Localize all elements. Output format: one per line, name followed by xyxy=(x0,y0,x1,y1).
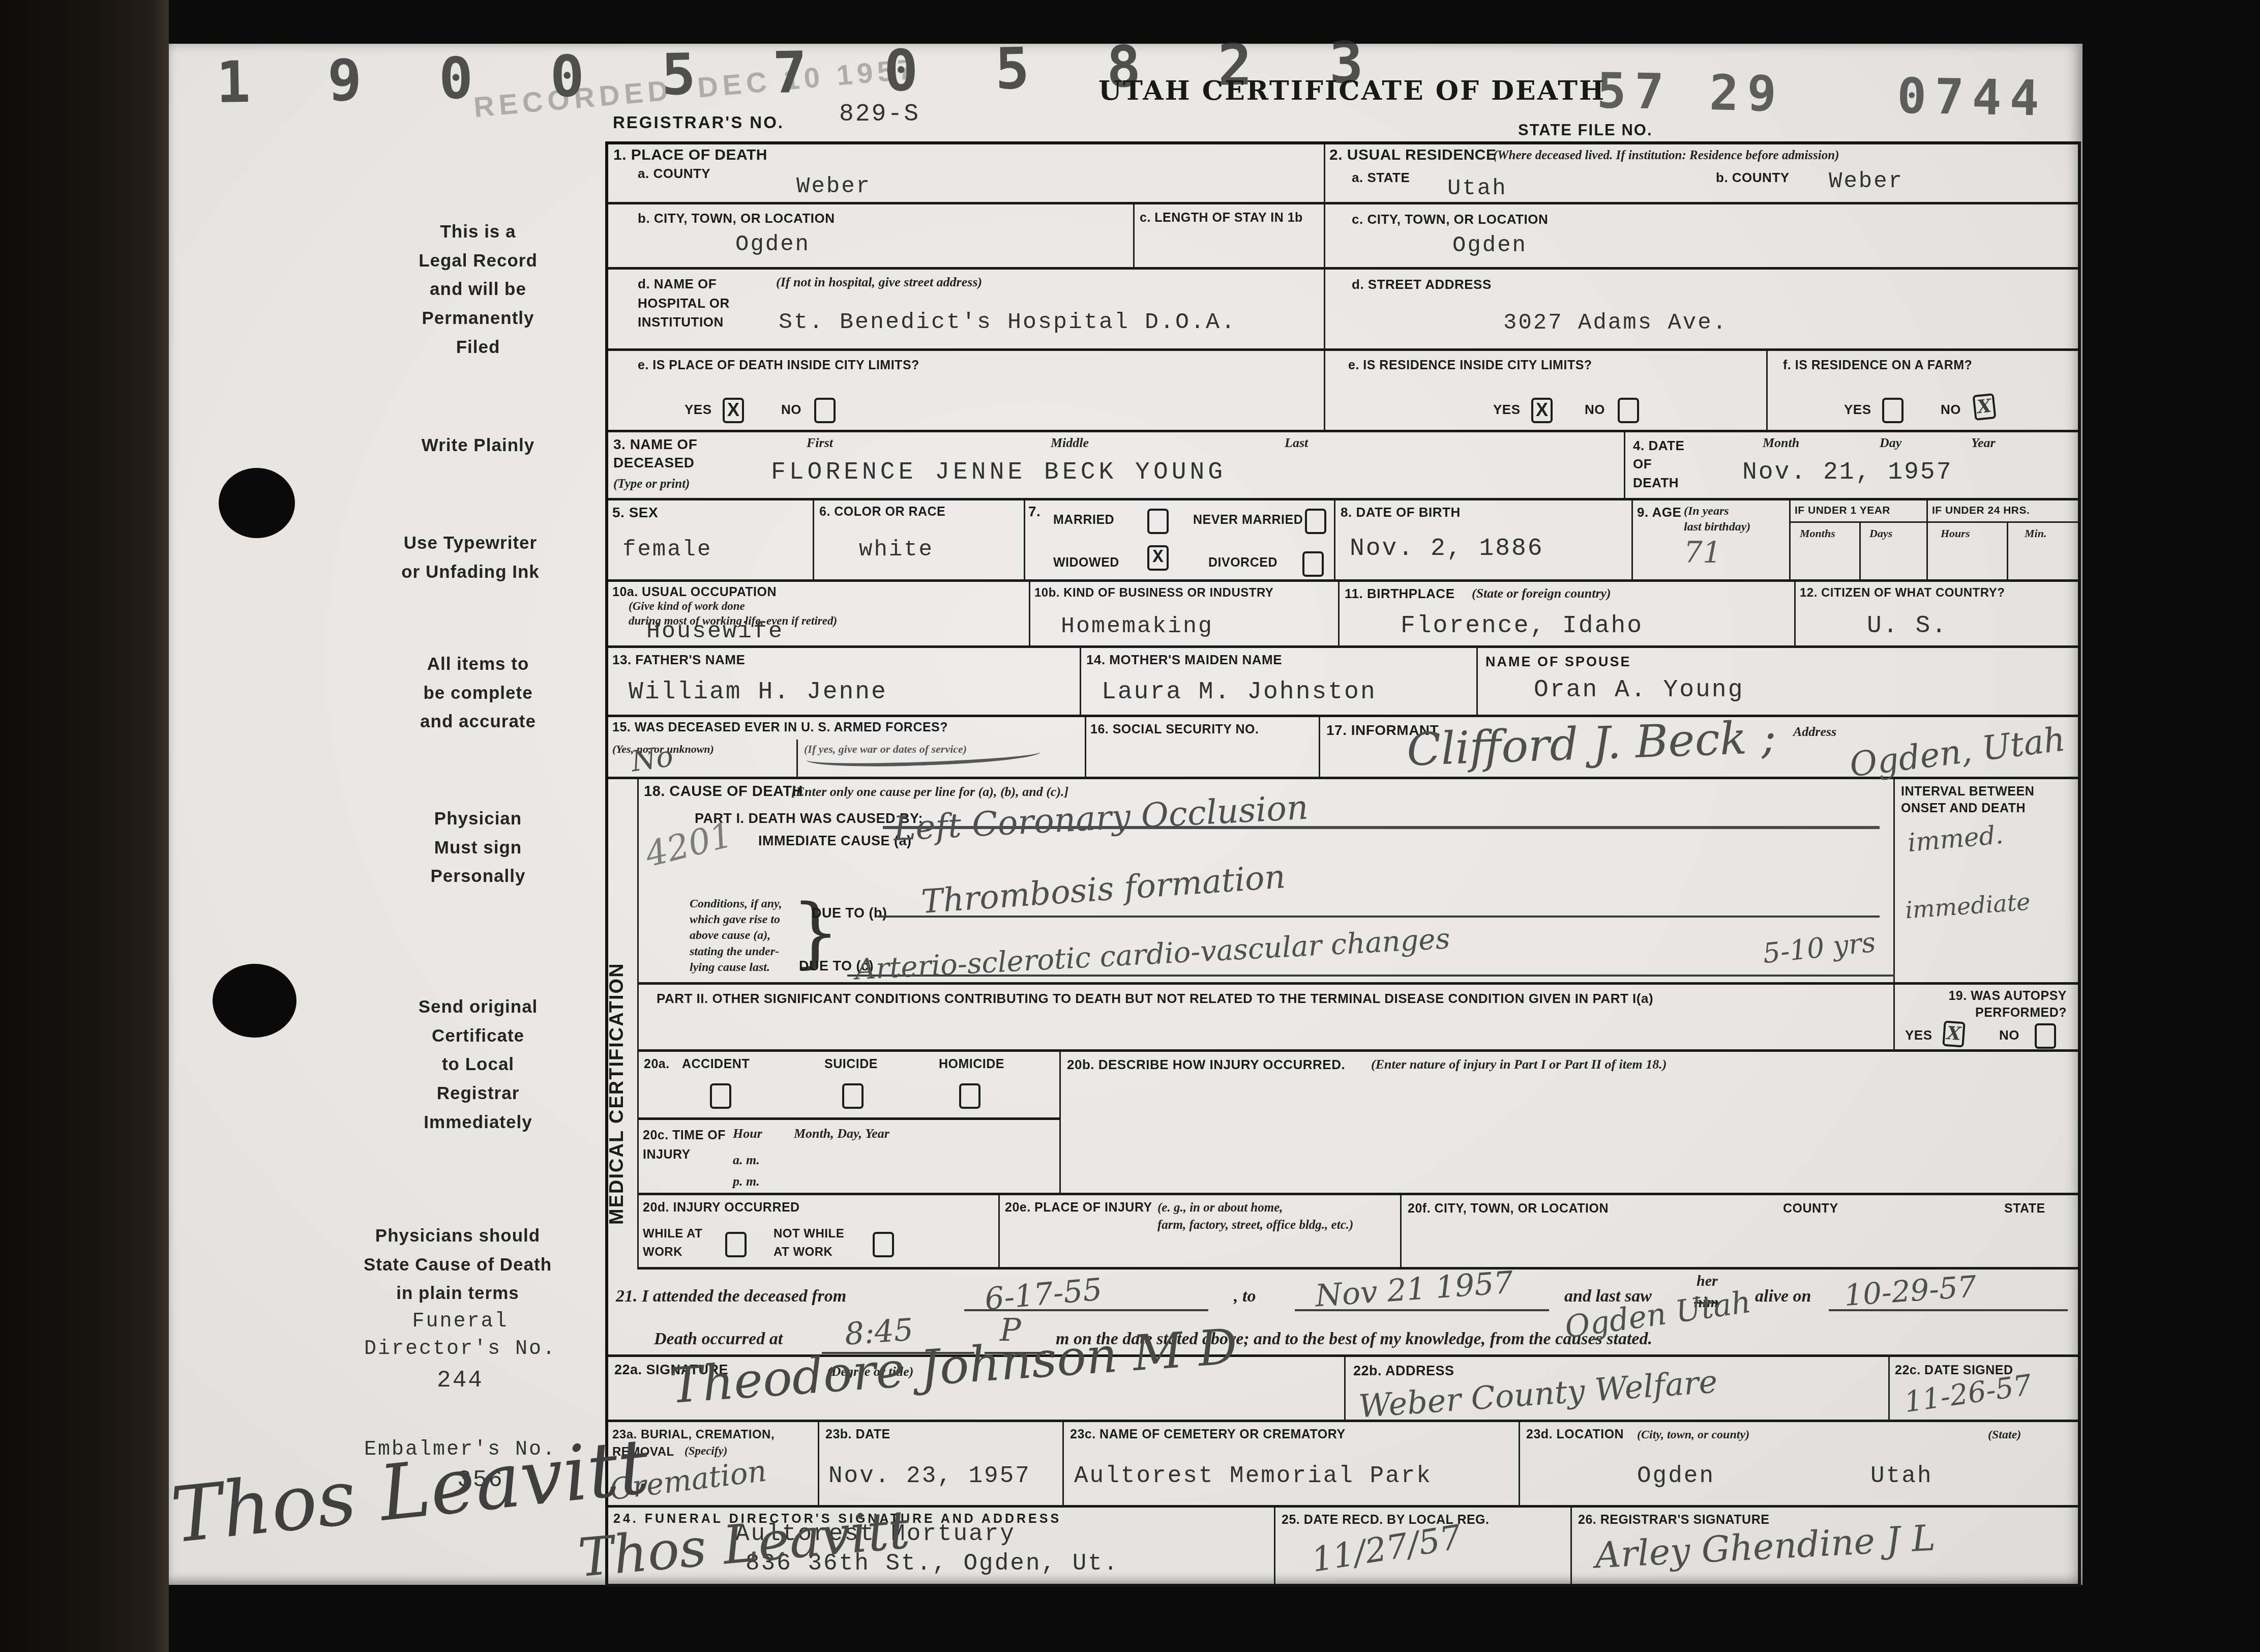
field-autopsy: 19. WAS AUTOPSY PERFORMED? YES X NO xyxy=(1895,985,2078,1052)
burial-location-label: 23d. LOCATION xyxy=(1526,1427,1624,1442)
widowed-label: WIDOWED xyxy=(1053,555,1119,570)
burial-location-value: Ogden Utah xyxy=(1637,1463,1933,1489)
mdy-header: Month, Day, Year xyxy=(794,1126,889,1141)
field-street-address: d. STREET ADDRESS 3027 Adams Ave. xyxy=(1325,270,2078,351)
autopsy-no-checkbox xyxy=(2035,1023,2056,1049)
homicide-checkbox xyxy=(959,1083,980,1109)
residence-city-value: Ogden xyxy=(1452,233,1527,258)
cemetery-value: Aultorest Memorial Park xyxy=(1074,1463,1432,1489)
armed-forces-value-handwriting: No xyxy=(629,740,675,779)
date-of-death-value: Nov. 21, 1957 xyxy=(1742,459,1952,486)
farm-no-label: NO xyxy=(1941,402,1961,418)
type-or-print-note: (Type or print) xyxy=(613,477,690,491)
interval-header: INTERVAL BETWEEN ONSET AND DEATH xyxy=(1901,783,2034,816)
punch-hole-top xyxy=(219,468,295,538)
hospital-value: St. Benedict's Hospital D.O.A. xyxy=(779,309,1236,335)
armed-forces-label: 15. WAS DECEASED EVER IN U. S. ARMED FOR… xyxy=(612,720,948,735)
married-checkbox xyxy=(1147,509,1169,534)
field-interval-column: INTERVAL BETWEEN ONSET AND DEATH immed. … xyxy=(1895,779,2078,985)
field-22a-signature: 22a. SIGNATURE (Degree or title) Theodor… xyxy=(608,1357,1346,1422)
age-value-handwriting: 71 xyxy=(1684,535,1721,570)
middle-name-header: Middle xyxy=(1051,435,1089,451)
field-name-of-deceased: 3. NAME OF DECEASED (Type or print) Firs… xyxy=(608,432,1625,500)
field-sex: 5. SEX female xyxy=(608,500,814,582)
attended-to-handwriting: Nov 21 1957 xyxy=(1314,1264,1514,1314)
field-20b-describe-injury: 20b. DESCRIBE HOW INJURY OCCURRED. (Ente… xyxy=(1061,1052,2078,1195)
date-of-birth-value: Nov. 2, 1886 xyxy=(1350,535,1544,563)
registrar-no-label: REGISTRAR'S NO. xyxy=(613,113,784,132)
residence-state-label: a. STATE xyxy=(1352,170,1410,186)
field-length-of-stay: c. LENGTH OF STAY IN 1b xyxy=(1135,204,1325,270)
business-value: Homemaking xyxy=(1061,613,1213,639)
residence-limits-label: e. IS RESIDENCE INSIDE CITY LIMITS? xyxy=(1348,358,1592,373)
field-marital-status: 7. MARRIED NEVER MARRIED WIDOWED X DIVOR… xyxy=(1025,500,1335,582)
certificate-form: 1. PLACE OF DEATH a. COUNTY Weber 2. USU… xyxy=(605,141,2081,1587)
field-22b-address: 22b. ADDRESS Ogden Utah Weber County Wel… xyxy=(1346,1357,1890,1422)
cemetery-label: 23c. NAME OF CEMETERY OR CREMATORY xyxy=(1070,1427,1346,1442)
state-file-no-label: STATE FILE NO. xyxy=(1518,121,1653,139)
am-label: a. m. xyxy=(733,1153,760,1168)
cause-b-handwriting: Thrombosis formation xyxy=(920,858,1287,921)
death-occurred-text: Death occurred at xyxy=(654,1330,783,1349)
sex-label: 5. SEX xyxy=(612,505,658,521)
occupation-value: Housewife xyxy=(646,618,784,644)
spouse-label: NAME OF SPOUSE xyxy=(1485,654,1631,670)
physician-address-label: 22b. ADDRESS xyxy=(1353,1363,1454,1379)
field-birthplace: 11. BIRTHPLACE (State or foreign country… xyxy=(1340,582,1796,648)
county-value: Weber xyxy=(796,174,871,199)
field-date-of-birth: 8. DATE OF BIRTH Nov. 2, 1886 xyxy=(1335,500,1633,582)
length-of-stay-label: c. LENGTH OF STAY IN 1b xyxy=(1140,211,1303,225)
interval-b-handwriting: immediate xyxy=(1904,888,2031,924)
days-label: Days xyxy=(1869,527,1892,540)
residence-limits-yes-checkbox: X xyxy=(1531,398,1553,423)
field-23d-location: 23d. LOCATION (City, town, or county) (S… xyxy=(1520,1422,2078,1508)
field-20c-time-of-injury: 20c. TIME OF INJURY Hour Month, Day, Yea… xyxy=(639,1120,1061,1195)
scanner-bed-left xyxy=(0,0,169,1652)
attended-pre-text: 21. I attended the deceased from xyxy=(616,1287,846,1306)
margin-note-write-plainly: Write Plainly xyxy=(351,431,605,460)
min-label: Min. xyxy=(2025,527,2046,540)
describe-injury-label: 20b. DESCRIBE HOW INJURY OCCURRED. xyxy=(1067,1057,1345,1073)
father-name-value: William H. Jenne xyxy=(629,678,887,706)
field-26-registrar-signature: 26. REGISTRAR'S SIGNATURE Arley Ghendine… xyxy=(1572,1508,2078,1584)
age-note: (In years last birthday) xyxy=(1684,504,1750,535)
death-limits-yes-checkbox: X xyxy=(723,398,744,423)
place-of-injury-label: 20e. PLACE OF INJURY xyxy=(1005,1200,1152,1215)
last-name-header: Last xyxy=(1285,435,1308,451)
under-24-hrs-label: IF UNDER 24 HRS. xyxy=(1932,505,2030,517)
interval-a-handwriting: immed. xyxy=(1907,820,2005,858)
field-death-city-limits: e. IS PLACE OF DEATH INSIDE CITY LIMITS?… xyxy=(608,351,1325,432)
color-race-label: 6. COLOR OR RACE xyxy=(819,505,945,519)
field-date-of-death: 4. DATE OF DEATH Month Day Year Nov. 21,… xyxy=(1625,432,2078,500)
registrar-signature-label: 26. REGISTRAR'S SIGNATURE xyxy=(1578,1513,1769,1527)
month-header: Month xyxy=(1763,435,1799,451)
spouse-value: Oran A. Young xyxy=(1534,676,1744,704)
autopsy-no-label: NO xyxy=(1999,1027,2019,1043)
field-residence-farm: f. IS RESIDENCE ON A FARM? YES NO X xyxy=(1768,351,2078,432)
burial-specify-note: (Specify) xyxy=(685,1444,727,1458)
suicide-label: SUICIDE xyxy=(824,1057,878,1072)
accident-label: ACCIDENT xyxy=(682,1057,750,1072)
field-spouse-name: NAME OF SPOUSE Oran A. Young xyxy=(1478,648,2078,717)
margin-note-send-original: Send original Certificate to Local Regis… xyxy=(351,993,605,1137)
under24-divider xyxy=(2007,523,2008,579)
field-20e-place-of-injury: 20e. PLACE OF INJURY (e. g., in or about… xyxy=(1000,1195,1402,1270)
state-file-no-value: 57 29 0744 xyxy=(1596,62,2047,127)
field-residence-city-limits: e. IS RESIDENCE INSIDE CITY LIMITS? YES … xyxy=(1325,351,1768,432)
field-20f-injury-location: 20f. CITY, TOWN, OR LOCATION COUNTY STAT… xyxy=(1402,1195,2078,1270)
date-of-death-label: 4. DATE OF DEATH xyxy=(1633,436,1684,492)
margin-note-all-items: All items to be complete and accurate xyxy=(351,650,605,736)
field-23c-cemetery: 23c. NAME OF CEMETERY OR CREMATORY Aulto… xyxy=(1064,1422,1520,1508)
residence-limits-no-label: NO xyxy=(1585,402,1605,418)
sex-value: female xyxy=(622,537,712,563)
hours-label: Hours xyxy=(1941,527,1970,540)
autopsy-yes-label: YES xyxy=(1905,1027,1932,1043)
months-label: Months xyxy=(1800,527,1835,540)
funeral-director-no-value: 244 xyxy=(315,1367,605,1394)
her-text: her xyxy=(1697,1273,1718,1290)
street-address-label: d. STREET ADDRESS xyxy=(1352,277,1492,292)
injury-city-label: 20f. CITY, TOWN, OR LOCATION xyxy=(1408,1201,1609,1216)
informant-name-handwriting: Clifford J. Beck ; xyxy=(1406,711,1777,776)
death-city-limits-label: e. IS PLACE OF DEATH INSIDE CITY LIMITS? xyxy=(638,358,919,373)
field-21-attendance: 21. I attended the deceased from 6-17-55… xyxy=(608,1270,2078,1357)
burial-date-value: Nov. 23, 1957 xyxy=(828,1463,1031,1489)
field-20d-injury-occurred: 20d. INJURY OCCURRED WHILE AT WORK NOT W… xyxy=(639,1195,1000,1270)
field-ssn: 16. SOCIAL SECURITY NO. xyxy=(1086,717,1320,779)
farm-no-checkbox: X xyxy=(1973,393,1997,421)
certificate-title: UTAH CERTIFICATE OF DEATH xyxy=(1098,75,1605,106)
field-25-date-received: 25. DATE RECD. BY LOCAL REG. 11/27/57 xyxy=(1275,1508,1572,1584)
field-23b-date: 23b. DATE Nov. 23, 1957 xyxy=(819,1422,1064,1508)
marital-label: 7. xyxy=(1028,504,1040,520)
mother-name-label: 14. MOTHER'S MAIDEN NAME xyxy=(1086,652,1282,668)
not-while-at-work-checkbox xyxy=(873,1232,894,1257)
field-informant: 17. INFORMANT Address Clifford J. Beck ;… xyxy=(1320,717,2078,779)
burial-date-label: 23b. DATE xyxy=(825,1427,890,1442)
first-name-header: First xyxy=(807,435,833,451)
medical-certification-strip xyxy=(608,779,639,1270)
manner-label: 20a. xyxy=(644,1057,670,1072)
mother-name-value: Laura M. Johnston xyxy=(1102,678,1377,706)
date-of-birth-label: 8. DATE OF BIRTH xyxy=(1341,505,1461,520)
widowed-checkbox: X xyxy=(1147,545,1169,571)
hospital-label: d. NAME OF HOSPITAL OR INSTITUTION xyxy=(638,275,730,332)
under-1-year-label: IF UNDER 1 YEAR xyxy=(1795,505,1890,517)
death-city-label: b. CITY, TOWN, OR LOCATION xyxy=(638,211,835,226)
field-usual-residence: 2. USUAL RESIDENCE (Where deceased lived… xyxy=(1325,144,2078,204)
margin-note-plain-terms: Physicians should State Cause of Death i… xyxy=(305,1222,610,1308)
field-color-race: 6. COLOR OR RACE white xyxy=(814,500,1025,582)
place-of-injury-note: (e. g., in or about home, farm, factory,… xyxy=(1157,1199,1353,1234)
describe-injury-note: (Enter nature of injury in Part I or Par… xyxy=(1371,1057,1667,1072)
punch-hole-bottom xyxy=(213,964,296,1038)
homicide-label: HOMICIDE xyxy=(939,1057,1004,1072)
under1-divider xyxy=(1859,523,1861,579)
pm-label: p. m. xyxy=(733,1174,760,1189)
name-of-deceased-label: 3. NAME OF DECEASED xyxy=(613,435,697,473)
farm-yes-checkbox xyxy=(1882,398,1904,423)
farm-yes-label: YES xyxy=(1844,402,1871,418)
immediate-cause-label: IMMEDIATE CAUSE (a) xyxy=(758,833,912,849)
birthplace-note: (State or foreign country) xyxy=(1472,586,1611,601)
field-residence-city: c. CITY, TOWN, OR LOCATION Ogden xyxy=(1325,204,2078,270)
day-header: Day xyxy=(1880,435,1901,451)
place-of-death-title: 1. PLACE OF DEATH xyxy=(613,146,767,164)
birthplace-value: Florence, Idaho xyxy=(1401,612,1643,640)
scanned-death-certificate: 1 9 0 0 5 7 0 5 8 2 3 RECORDED DEC 10 19… xyxy=(0,0,2260,1652)
suicide-checkbox xyxy=(842,1083,864,1109)
autopsy-yes-checkbox: X xyxy=(1942,1021,1965,1048)
time-of-injury-label: 20c. TIME OF INJURY xyxy=(643,1126,726,1164)
field-24-funeral-director: 24. FUNERAL DIRECTOR'S SIGNATURE AND ADD… xyxy=(608,1508,1275,1584)
color-race-value: white xyxy=(859,537,934,563)
residence-county-label: b. COUNTY xyxy=(1716,170,1790,186)
margin-note-use-typewriter: Use Typewriter or Unfading Ink xyxy=(336,529,605,586)
field-if-under-24-hrs: IF UNDER 24 HRS. Hours Min. xyxy=(1928,500,2078,582)
informant-address-label: Address xyxy=(1793,724,1836,740)
business-label: 10b. KIND OF BUSINESS OR INDUSTRY xyxy=(1034,586,1273,600)
field-father-name: 13. FATHER'S NAME William H. Jenne xyxy=(608,648,1081,717)
citizen-value: U. S. xyxy=(1867,612,1948,640)
age-label: 9. AGE xyxy=(1637,505,1681,520)
margin-note-physician-sign: Physician Must sign Personally xyxy=(351,805,605,891)
father-name-label: 13. FATHER'S NAME xyxy=(612,652,745,668)
field-citizen: 12. CITIZEN OF WHAT COUNTRY? U. S. xyxy=(1796,582,2078,648)
residence-limits-no-checkbox xyxy=(1618,398,1639,423)
last-seen-handwriting: 10-29-57 xyxy=(1843,1269,1978,1313)
divorced-label: DIVORCED xyxy=(1208,555,1277,570)
year-header: Year xyxy=(1971,435,1996,451)
street-address-value: 3027 Adams Ave. xyxy=(1503,310,1728,336)
registrar-no-value: 829-S xyxy=(839,101,920,128)
to-label: , to xyxy=(1234,1287,1256,1306)
divorced-checkbox xyxy=(1302,551,1324,577)
due-to-b-label: DUE TO (b) xyxy=(812,905,887,921)
cause-of-death-note: [Enter only one cause per line for (a), … xyxy=(791,784,1068,800)
residence-limits-yes-label: YES xyxy=(1493,402,1521,418)
hour-header: Hour xyxy=(733,1126,762,1141)
field-mother-name: 14. MOTHER'S MAIDEN NAME Laura M. Johnst… xyxy=(1081,648,1478,717)
while-at-work-checkbox xyxy=(725,1232,747,1257)
while-at-work-label: WHILE AT WORK xyxy=(643,1225,702,1261)
name-of-deceased-value: FLORENCE JENNE BECK YOUNG xyxy=(771,459,1226,486)
never-married-checkbox xyxy=(1305,509,1326,534)
occupation-label: 10a. USUAL OCCUPATION xyxy=(612,585,777,600)
burial-location-note: (City, town, or county) xyxy=(1637,1428,1749,1442)
residence-county-value: Weber xyxy=(1829,169,1904,194)
residence-state-value: Utah xyxy=(1447,176,1507,201)
burial-state-note: (State) xyxy=(1988,1428,2021,1442)
field-place-of-death-county: 1. PLACE OF DEATH a. COUNTY Weber xyxy=(608,144,1325,204)
married-label: MARRIED xyxy=(1053,513,1114,527)
death-limits-yes-label: YES xyxy=(685,402,712,418)
field-occupation: 10a. USUAL OCCUPATION (Give kind of work… xyxy=(608,582,1030,648)
cause-of-death-label: 18. CAUSE OF DEATH xyxy=(644,783,803,800)
margin-note-legal-record: This is a Legal Record and will be Perma… xyxy=(351,218,605,362)
accident-checkbox xyxy=(710,1083,731,1109)
usual-residence-note: (Where deceased lived. If institution: R… xyxy=(1493,149,1839,163)
death-limits-no-label: NO xyxy=(781,402,801,418)
field-armed-forces: 15. WAS DECEASED EVER IN U. S. ARMED FOR… xyxy=(608,717,1086,779)
field-business-industry: 10b. KIND OF BUSINESS OR INDUSTRY Homema… xyxy=(1030,582,1340,648)
usual-residence-title: 2. USUAL RESIDENCE xyxy=(1329,146,1497,164)
armed-forces-divider xyxy=(796,740,798,777)
interval-c-handwriting: 5-10 yrs xyxy=(1761,926,1877,970)
not-while-at-work-label: NOT WHILE AT WORK xyxy=(774,1225,844,1261)
field-20a-manner: 20a. ACCIDENT SUICIDE HOMICIDE xyxy=(639,1052,1061,1120)
field-death-city: b. CITY, TOWN, OR LOCATION Ogden xyxy=(608,204,1135,270)
injury-state-label: STATE xyxy=(2004,1201,2045,1216)
hospital-note: (If not in hospital, give street address… xyxy=(776,275,982,290)
field-22c-date-signed: 22c. DATE SIGNED 11-26-57 xyxy=(1890,1357,2078,1422)
cause-c-handwriting: Arterio-sclerotic cardio-vascular change… xyxy=(854,922,1451,986)
funeral-director-no-label: Funeral Director's No. xyxy=(315,1308,605,1363)
field-if-under-1-year: IF UNDER 1 YEAR Months Days xyxy=(1791,500,1928,582)
ssn-label: 16. SOCIAL SECURITY NO. xyxy=(1090,722,1259,737)
death-limits-no-checkbox xyxy=(814,398,836,423)
informant-address-handwriting: Ogden, Utah xyxy=(1848,719,2067,784)
alive-on-text: alive on xyxy=(1755,1287,1811,1306)
field-part2: PART II. OTHER SIGNIFICANT CONDITIONS CO… xyxy=(639,985,1895,1052)
citizen-label: 12. CITIZEN OF WHAT COUNTRY? xyxy=(1800,586,2005,600)
death-city-value: Ogden xyxy=(735,232,810,257)
autopsy-label: 19. WAS AUTOPSY PERFORMED? xyxy=(1904,988,2067,1021)
residence-city-label: c. CITY, TOWN, OR LOCATION xyxy=(1352,212,1548,227)
field-hospital: d. NAME OF HOSPITAL OR INSTITUTION (If n… xyxy=(608,270,1325,351)
farm-label: f. IS RESIDENCE ON A FARM? xyxy=(1783,358,1972,373)
field-age: 9. AGE (In years last birthday) 71 xyxy=(1633,500,1791,582)
field-cause-of-death: 18. CAUSE OF DEATH [Enter only one cause… xyxy=(639,779,1895,985)
birthplace-label: 11. BIRTHPLACE xyxy=(1345,586,1455,602)
injury-occurred-label: 20d. INJURY OCCURRED xyxy=(643,1200,800,1215)
conditions-note: Conditions, if any, which gave rise to a… xyxy=(690,896,782,976)
line-b-rule xyxy=(878,916,1880,918)
county-label: a. COUNTY xyxy=(638,166,710,182)
never-married-label: NEVER MARRIED xyxy=(1193,513,1303,527)
injury-county-label: COUNTY xyxy=(1783,1201,1838,1216)
part2-label: PART II. OTHER SIGNIFICANT CONDITIONS CO… xyxy=(657,991,1653,1007)
